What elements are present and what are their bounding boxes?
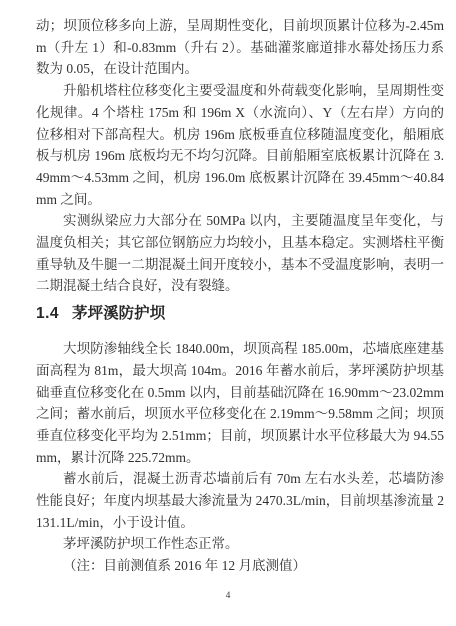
paragraph-beam-stress: 实测纵梁应力大部分在 50MPa 以内，主要随温度呈年变化，与温度负相关；其它部… xyxy=(36,210,444,297)
section-title: 茅坪溪防护坝 xyxy=(72,305,165,322)
document-page: 动；坝顶位移多向上游，呈周期性变化，目前坝顶累计位移为-2.45mm（升左 1）… xyxy=(0,0,456,626)
paragraph-dam-status-normal: 茅坪溪防护坝工作性态正常。 xyxy=(36,533,444,555)
paragraph-measurement-note: （注：目前测值系 2016 年 12 月底测值） xyxy=(36,555,444,577)
section-heading: 1.4茅坪溪防护坝 xyxy=(36,303,444,325)
paragraph-core-wall-seepage: 蓄水前后，混凝土沥青芯墙前后有 70m 左右水头差，芯墙防渗性能良好；年度内坝基… xyxy=(36,468,444,533)
section-number: 1.4 xyxy=(36,303,59,325)
page-number: 4 xyxy=(0,591,456,602)
paragraph-shiplift-tower-displacement: 升船机塔柱位移变化主要受温度和外荷载变化影响，呈周期性变化规律。4 个塔柱 17… xyxy=(36,80,444,210)
paragraph-dam-crest-displacement: 动；坝顶位移多向上游，呈周期性变化，目前坝顶累计位移为-2.45mm（升左 1）… xyxy=(36,15,444,80)
paragraph-seepage-axis-settlement: 大坝防渗轴线全长 1840.00m，坝顶高程 185.00m，芯墙底座建基面高程… xyxy=(36,338,444,468)
